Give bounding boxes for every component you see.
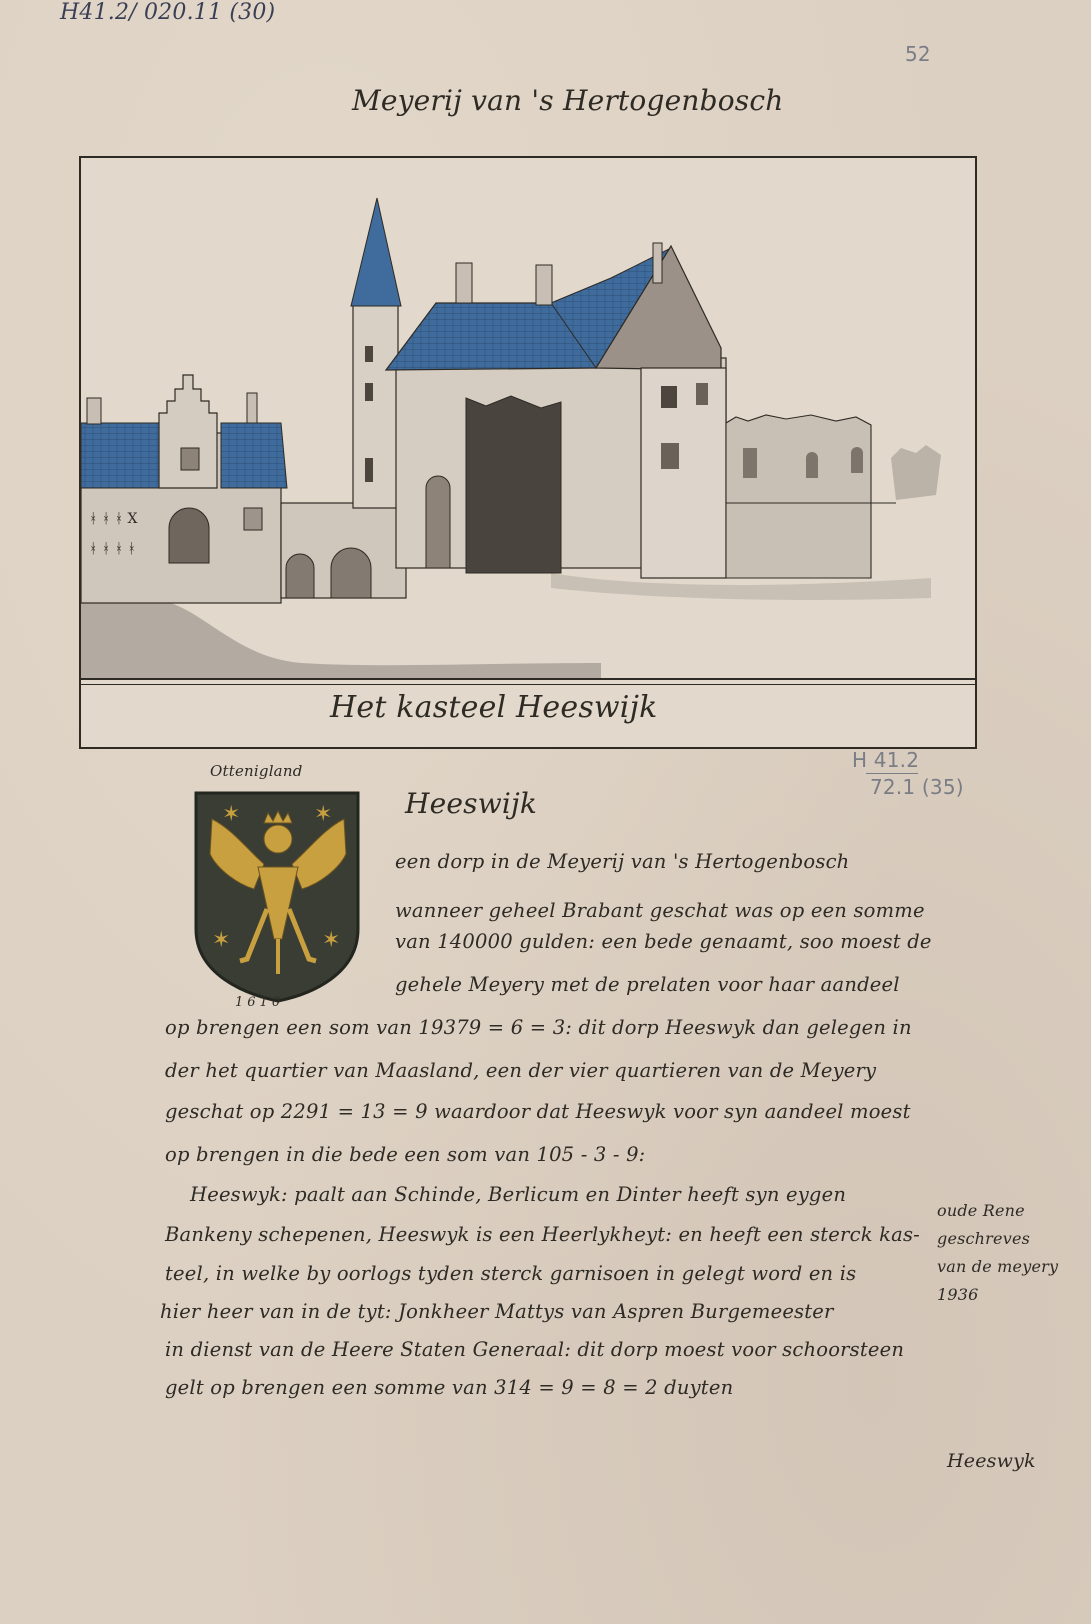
castle-drawing: ᚼ ᚼ ᚼ X ᚼ ᚼ ᚼ ᚼ [81, 158, 975, 747]
page-number: 52 [905, 42, 931, 66]
svg-text:✶: ✶ [212, 928, 230, 953]
coat-of-arms-year: 1610 [235, 995, 284, 1010]
svg-text:✶: ✶ [222, 802, 240, 827]
entry-line: Bankeny schepenen, Heeswyk is een Heerly… [165, 1223, 920, 1246]
entry-title: Heeswijk [405, 787, 537, 820]
drawing-frame: ᚼ ᚼ ᚼ X ᚼ ᚼ ᚼ ᚼ [79, 156, 977, 749]
entry-line: hier heer van in de tyt: Jonkheer Mattys… [160, 1300, 834, 1323]
coat-of-arms-label: Ottenigland [210, 762, 303, 780]
margin-note-line: van de meyery [937, 1257, 1058, 1276]
signature: Heeswyk [947, 1450, 1036, 1472]
margin-note-line: 1936 [937, 1285, 979, 1304]
entry-line: van 140000 gulden: een bede genaamt, soo… [395, 930, 932, 953]
shelfmark-top: H41.2/ 020.11 (30) [60, 0, 275, 25]
entry-line: Heeswyk: paalt aan Schinde, Berlicum en … [190, 1183, 846, 1206]
entry-line: gehele Meyery met de prelaten voor haar … [395, 973, 900, 996]
shelfmark-numerator: H 41.2 [852, 748, 919, 772]
margin-note: oude Rene geschreves van de meyery 1936 [937, 1197, 1058, 1309]
entry-line: wanneer geheel Brabant geschat was op ee… [395, 899, 925, 922]
frame-divider-thin [81, 684, 975, 685]
drawing-caption: Het kasteel Heeswijk [330, 690, 657, 725]
entry-line: gelt op brengen een somme van 314 = 9 = … [165, 1376, 733, 1399]
entry-line: der het quartier van Maasland, een der v… [165, 1059, 876, 1082]
entry-line: een dorp in de Meyerij van 's Hertogenbo… [395, 850, 849, 873]
svg-text:✶: ✶ [322, 928, 340, 953]
shelfmark-denominator: 72.1 (35) [852, 775, 964, 799]
entry-line: op brengen een som van 19379 = 6 = 3: di… [165, 1016, 912, 1039]
page-heading: Meyerij van 's Hertogenbosch [352, 84, 783, 117]
shelfmark-right: H 41.2 72.1 (35) [852, 748, 964, 799]
entry-line: teel, in welke by oorlogs tyden sterck g… [165, 1262, 856, 1285]
coat-of-arms-shield: ✶✶ ✶✶ [192, 789, 364, 1003]
svg-text:✶: ✶ [314, 802, 332, 827]
margin-note-line: oude Rene [937, 1201, 1025, 1220]
margin-note-line: geschreves [937, 1229, 1030, 1248]
svg-text:ᚼ ᚼ ᚼ ᚼ: ᚼ ᚼ ᚼ ᚼ [89, 541, 136, 557]
svg-text:ᚼ ᚼ ᚼ X: ᚼ ᚼ ᚼ X [89, 511, 138, 527]
entry-line: geschat op 2291 = 13 = 9 waardoor dat He… [165, 1100, 911, 1123]
entry-line: op brengen in die bede een som van 105 -… [165, 1143, 645, 1166]
entry-line: in dienst van de Heere Staten Generaal: … [165, 1338, 904, 1361]
frame-divider [81, 678, 975, 680]
fraction-bar [866, 773, 918, 774]
